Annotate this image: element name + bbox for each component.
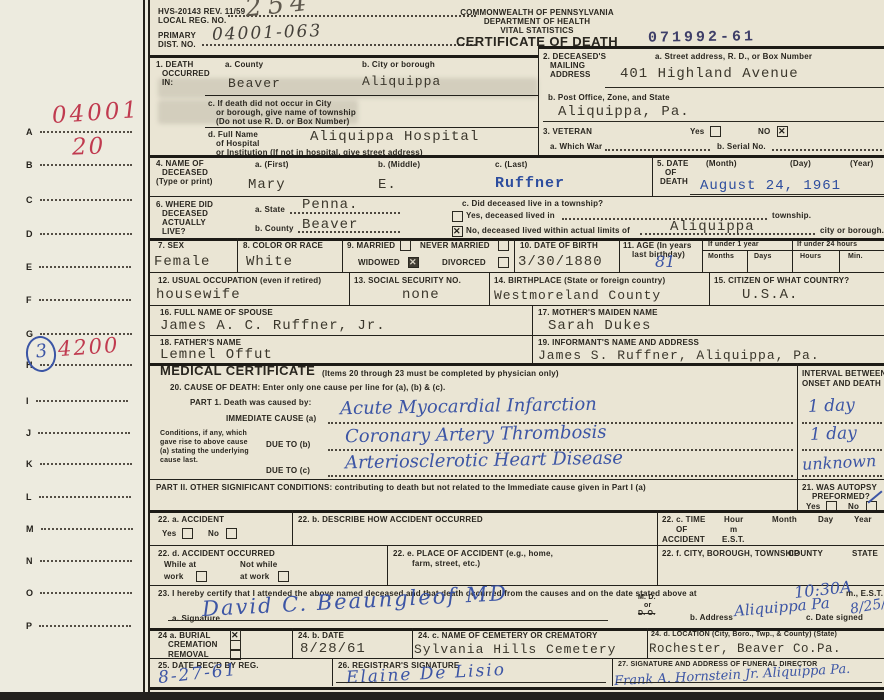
s11-age-value: 81 [655, 254, 675, 269]
rule [342, 238, 343, 272]
dotted-line [39, 496, 131, 498]
cause-b-handwriting: Coronary Artery Thrombosis [345, 425, 607, 445]
rule [612, 658, 613, 686]
rule [168, 620, 608, 621]
s4-first-label: a. (First) [255, 160, 289, 170]
rule [657, 545, 658, 585]
s10-label: 10. DATE OF BIRTH [520, 241, 598, 251]
m-label: m [730, 525, 737, 535]
s12-label: 12. USUAL OCCUPATION (even if retired) [158, 276, 321, 286]
s6-no-value: Aliquippa [670, 221, 755, 234]
s3-veteran-label: 3. VETERAN [543, 127, 592, 137]
divorced-checkbox [498, 257, 509, 268]
s6-yes-text: Yes, deceased lived in [466, 211, 555, 221]
dotted-line [41, 528, 133, 530]
location-label: 24. d. LOCATION (City, Boro., Twp., & Co… [651, 631, 837, 640]
rule [150, 196, 884, 197]
s11-days-label: Days [754, 253, 772, 262]
form-left-rule [143, 0, 145, 692]
s12-value: housewife [156, 289, 241, 302]
s17-label: 17. MOTHER'S MAIDEN NAME [538, 308, 658, 318]
s8-value: White [246, 256, 293, 269]
conditions-note4: cause last. [160, 457, 198, 466]
margin-row: K [26, 454, 132, 468]
rule [349, 272, 350, 305]
dotted-line [772, 149, 882, 151]
dotted-line [328, 475, 793, 477]
cemetery-value: Sylvania Hills Cemetery [414, 643, 616, 656]
rule [150, 335, 884, 336]
handwritten-margin-a-value: 04001 [52, 103, 141, 124]
rule [792, 238, 793, 272]
accident-no-checkbox [226, 528, 237, 539]
margin-letter: I [26, 396, 29, 406]
burial-date-value: 8/28/61 [300, 643, 366, 656]
rule [702, 238, 703, 272]
s9-never-label: NEVER MARRIED [420, 241, 490, 251]
s7-label: 7. SEX [158, 241, 184, 251]
dotted-line [40, 592, 132, 594]
rule [709, 272, 710, 305]
cause-of-death-label: 20. CAUSE OF DEATH: Enter only one cause… [170, 383, 445, 393]
s5-month-label: (Month) [706, 159, 737, 169]
s6-county-label: b. County [255, 224, 294, 234]
rule [332, 658, 333, 686]
place-of-accident-label2: farm, street, etc.) [412, 559, 480, 569]
margin-row: I [26, 391, 128, 405]
rule [747, 250, 748, 272]
s4-middle-label: b. (Middle) [378, 160, 420, 170]
interval-c-handwriting: unknown [802, 453, 877, 472]
dotted-line [39, 266, 131, 268]
cremation-label: CREMATION [168, 640, 218, 650]
s5-date-value: August 24, 1961 [700, 180, 841, 193]
time-of-accident-label1: 22. c. TIME [662, 515, 706, 525]
rule [605, 87, 884, 88]
s4-last-label: c. (Last) [495, 160, 527, 170]
s2-postoffice-label: b. Post Office, Zone, and State [548, 93, 670, 103]
s9-widowed-label: WIDOWED [358, 258, 400, 268]
dotted-line [40, 463, 132, 465]
hour-label: Hour [724, 515, 743, 525]
rule [150, 687, 884, 690]
dotted-line [40, 164, 132, 166]
accident-city-label: 22. f. CITY, BOROUGH, TOWNSHIP [662, 549, 799, 559]
s11-min-label: Min. [848, 253, 863, 262]
primary-label-2: DIST. NO. [158, 40, 196, 50]
margin-letter: E [26, 262, 32, 272]
s15-value: U.S.A. [742, 289, 798, 302]
rule [150, 479, 884, 480]
dotted-line [39, 299, 131, 301]
margin-row: M [26, 519, 133, 533]
s3-serial-label: b. Serial No. [717, 142, 766, 152]
rule [150, 545, 884, 546]
burial-date-label: 24. b. DATE [298, 631, 344, 641]
s1-county-value: Beaver [228, 77, 281, 90]
not-while-at-work-checkbox [278, 571, 289, 582]
s6-state-label: a. State [255, 205, 285, 215]
interval-header2: ONSET AND DEATH [802, 379, 881, 389]
rule [150, 305, 884, 306]
do-label-struck: D. O. [638, 610, 655, 619]
s5-title3: DEATH [660, 177, 688, 187]
margin-row: J [26, 423, 130, 437]
certificate-form: HVS-20143 REV. 11/59 LOCAL REG. NO. 254 … [148, 0, 884, 692]
margin-letter: F [26, 295, 32, 305]
margin-letter: J [26, 428, 31, 438]
conditions-note2: gave rise to above cause [160, 439, 248, 448]
rule [336, 682, 606, 683]
rule [150, 155, 884, 158]
s1-city-label: b. City or borough [362, 60, 435, 70]
margin-letter: B [26, 160, 33, 170]
margin-row: C [26, 190, 132, 204]
interval-header1: INTERVAL BETWEEN [802, 369, 884, 379]
accident-yes-label: Yes [162, 529, 176, 539]
accident-label: 22. a. ACCIDENT [158, 515, 224, 525]
dotted-line [40, 131, 132, 133]
immediate-cause-label: IMMEDIATE CAUSE (a) [226, 414, 316, 424]
s13-value: none [402, 289, 440, 302]
handwritten-margin-h-value: 4200 [58, 338, 120, 357]
s14-value: Westmoreland County [494, 289, 661, 302]
s2-postoffice-value: Aliquippa, Pa. [558, 106, 690, 119]
s3-yes-label: Yes [690, 127, 704, 137]
dotted-line [40, 560, 132, 562]
describe-accident-label: 22. b. DESCRIBE HOW ACCIDENT OCCURRED [298, 515, 483, 525]
handwritten-margin-b-value: 20 [72, 139, 106, 155]
s14-label: 14. BIRTHPLACE (State or foreign country… [494, 276, 665, 286]
rule [797, 363, 798, 510]
s6-state-value: Penna. [302, 199, 358, 212]
handwritten-circle-value: 3 [35, 343, 48, 359]
s4-title3: (Type or print) [156, 177, 213, 187]
cause-c-handwriting: Arteriosclerotic Heart Disease [345, 451, 623, 471]
township-no-checkbox [452, 226, 463, 237]
margin-row: F [26, 290, 131, 304]
s15-label: 15. CITIZEN OF WHAT COUNTRY? [714, 276, 849, 286]
s1-hospital-value: Aliquippa Hospital [310, 131, 479, 144]
margin-letter: P [26, 621, 32, 631]
margin-column: A B C D E F G H I J K L M N O P 04001 20… [0, 0, 148, 692]
accident-county-label: COUNTY [788, 549, 823, 559]
margin-letter: O [26, 588, 33, 598]
s3-which-war-label: a. Which War [550, 142, 602, 152]
dotted-line [605, 149, 710, 151]
cause-a-handwriting: Acute Myocardial Infarction [340, 397, 597, 416]
margin-letter: C [26, 195, 33, 205]
s4-last-value: Ruffner [495, 177, 565, 190]
s13-label: 13. SOCIAL SECURITY NO. [354, 276, 461, 286]
dotted-line [40, 233, 132, 235]
place-of-accident-label1: 22. e. PLACE OF ACCIDENT (e.g., home, [393, 549, 553, 559]
margin-row: D [26, 224, 132, 238]
rule [690, 194, 884, 195]
s8-label: 8. COLOR OR RACE [243, 241, 323, 251]
rule [489, 272, 490, 305]
rule [839, 250, 840, 272]
margin-row: E [26, 257, 131, 271]
rule [538, 46, 884, 49]
margin-row: L [26, 487, 131, 501]
dotted-line [38, 432, 130, 434]
s6-county-value: Beaver [302, 219, 358, 232]
not-while-label: Not while [240, 560, 277, 570]
s6-no-text: No, deceased lived within actual limits … [466, 226, 630, 236]
s2-street-label: a. Street address, R. D., or Box Number [655, 52, 812, 62]
s1-county-label: a. County [225, 60, 263, 70]
at-work-label: at work [240, 572, 269, 582]
veteran-no-checkbox [777, 126, 788, 137]
rule [647, 628, 648, 658]
medical-certificate-note: (Items 20 through 23 must be completed b… [322, 369, 559, 379]
conditions-note1: Conditions, if any, which [160, 430, 247, 439]
margin-letter: A [26, 127, 33, 137]
handwritten-primary-dist-value: 04001-063 [212, 24, 323, 43]
s6-township-question: c. Did deceased live in a township? [462, 199, 603, 209]
rule [205, 127, 538, 128]
rule [616, 682, 882, 683]
rule [237, 238, 238, 272]
date-recd-handwriting: 8-27-61 [157, 663, 238, 686]
autopsy-label2: PREFORMED? [812, 492, 870, 502]
month-label: Month [772, 515, 797, 525]
s7-value: Female [154, 256, 210, 269]
s3-no-label: NO [758, 127, 770, 137]
location-value: Rochester, Beaver Co.Pa. [649, 643, 841, 656]
margin-row: N [26, 551, 132, 565]
handwritten-local-reg-value: 254 [244, 0, 313, 16]
s2-street-value: 401 Highland Avenue [620, 68, 799, 81]
rule [387, 545, 388, 585]
s19-value: James S. Ruffner, Aliquippa, Pa. [538, 349, 820, 362]
margin-row: O [26, 583, 132, 597]
rule [292, 628, 293, 658]
time-of-accident-label3: ACCIDENT [662, 535, 705, 545]
rule [292, 510, 293, 545]
dotted-line [40, 199, 132, 201]
rule [150, 585, 884, 586]
rule [150, 510, 884, 513]
widowed-checkbox [408, 257, 419, 268]
conditions-note3: (a) stating the underlying [160, 448, 249, 457]
s6-title4: LIVE? [162, 227, 186, 237]
s16-value: James A. C. Ruffner, Jr. [160, 320, 386, 333]
accident-occurred-label: 22. d. ACCIDENT OCCURRED [158, 549, 275, 559]
est-label: E.S.T. [722, 535, 745, 545]
s11-hours-label: Hours [800, 253, 821, 262]
state-file-number-stamp: 071992-61 [648, 28, 756, 46]
rule [532, 335, 533, 363]
address-label: b. Address [690, 613, 733, 623]
accident-no-label: No [208, 529, 219, 539]
s1-number3: IN: [162, 78, 173, 88]
rule [150, 658, 884, 659]
while-at-label: While at [164, 560, 196, 570]
s19-label: 19. INFORMANT'S NAME AND ADDRESS [538, 338, 699, 348]
rule [150, 55, 539, 58]
dotted-line [39, 625, 131, 627]
s11-under24h-label: If under 24 hours [797, 241, 857, 250]
s11-months-label: Months [708, 253, 734, 262]
s5-year-label: (Year) [850, 159, 873, 169]
rule [657, 510, 658, 545]
margin-letter: D [26, 229, 33, 239]
s18-value: Lemnel Offut [160, 349, 273, 362]
rule [514, 238, 515, 272]
s4-first-value: Mary [248, 179, 286, 192]
while-at-work-checkbox [196, 571, 207, 582]
medical-certificate-title: MEDICAL CERTIFICATE [160, 366, 315, 376]
never-married-checkbox [498, 240, 509, 251]
death-certificate-scan: A B C D E F G H I J K L M N O P 04001 20… [0, 0, 884, 692]
township-yes-checkbox [452, 211, 463, 222]
rule [205, 95, 538, 96]
dotted-line [36, 400, 128, 402]
time-of-accident-label2: OF [676, 525, 688, 535]
due-to-c-label: DUE TO (c) [266, 466, 310, 476]
margin-row: P [26, 616, 131, 630]
s9-divorced-label: DIVORCED [442, 258, 486, 268]
s2-title3: ADDRESS [550, 70, 591, 80]
s4-middle-value: E. [378, 179, 397, 192]
interval-a-handwriting: 1 day [808, 398, 855, 415]
rule [532, 305, 533, 335]
s9-married-label: 9. MARRIED [347, 241, 395, 251]
margin-letter: K [26, 459, 33, 469]
veteran-yes-checkbox [710, 126, 721, 137]
s1-c-line3: (Do not use R. D. or Box Number) [216, 117, 350, 127]
rule [538, 46, 539, 155]
s11-under1yr-label: If under 1 year [708, 241, 759, 250]
work-label: work [164, 572, 183, 582]
rule [543, 121, 884, 122]
dotted-line [802, 475, 882, 477]
day-label: Day [818, 515, 833, 525]
rule [619, 238, 620, 272]
margin-letter: L [26, 492, 32, 502]
married-checkbox [400, 240, 411, 251]
s1-city-value: Aliquippa [362, 75, 441, 88]
part2-label: PART II. OTHER SIGNIFICANT CONDITIONS: c… [156, 483, 646, 493]
s5-day-label: (Day) [790, 159, 811, 169]
cemetery-label: 24. c. NAME OF CEMETERY OR CREMATORY [418, 631, 598, 641]
s17-value: Sarah Dukes [548, 320, 651, 333]
margin-letter: N [26, 556, 33, 566]
accident-yes-checkbox [182, 528, 193, 539]
s10-value: 3/30/1880 [518, 256, 603, 269]
interval-b-handwriting: 1 day [810, 426, 857, 443]
part1-label: PART 1. Death was caused by: [190, 398, 312, 408]
rule [702, 250, 884, 251]
year-label: Year [854, 515, 872, 525]
due-to-b-label: DUE TO (b) [266, 440, 311, 450]
rule [150, 272, 884, 273]
rule [412, 628, 413, 658]
s6-township-word: township. [772, 211, 811, 221]
s16-label: 16. FULL NAME OF SPOUSE [160, 308, 273, 318]
s6-city-text: city or borough. [820, 226, 884, 236]
rule [652, 155, 653, 196]
accident-state-label: STATE [852, 549, 878, 559]
margin-letter: M [26, 524, 34, 534]
